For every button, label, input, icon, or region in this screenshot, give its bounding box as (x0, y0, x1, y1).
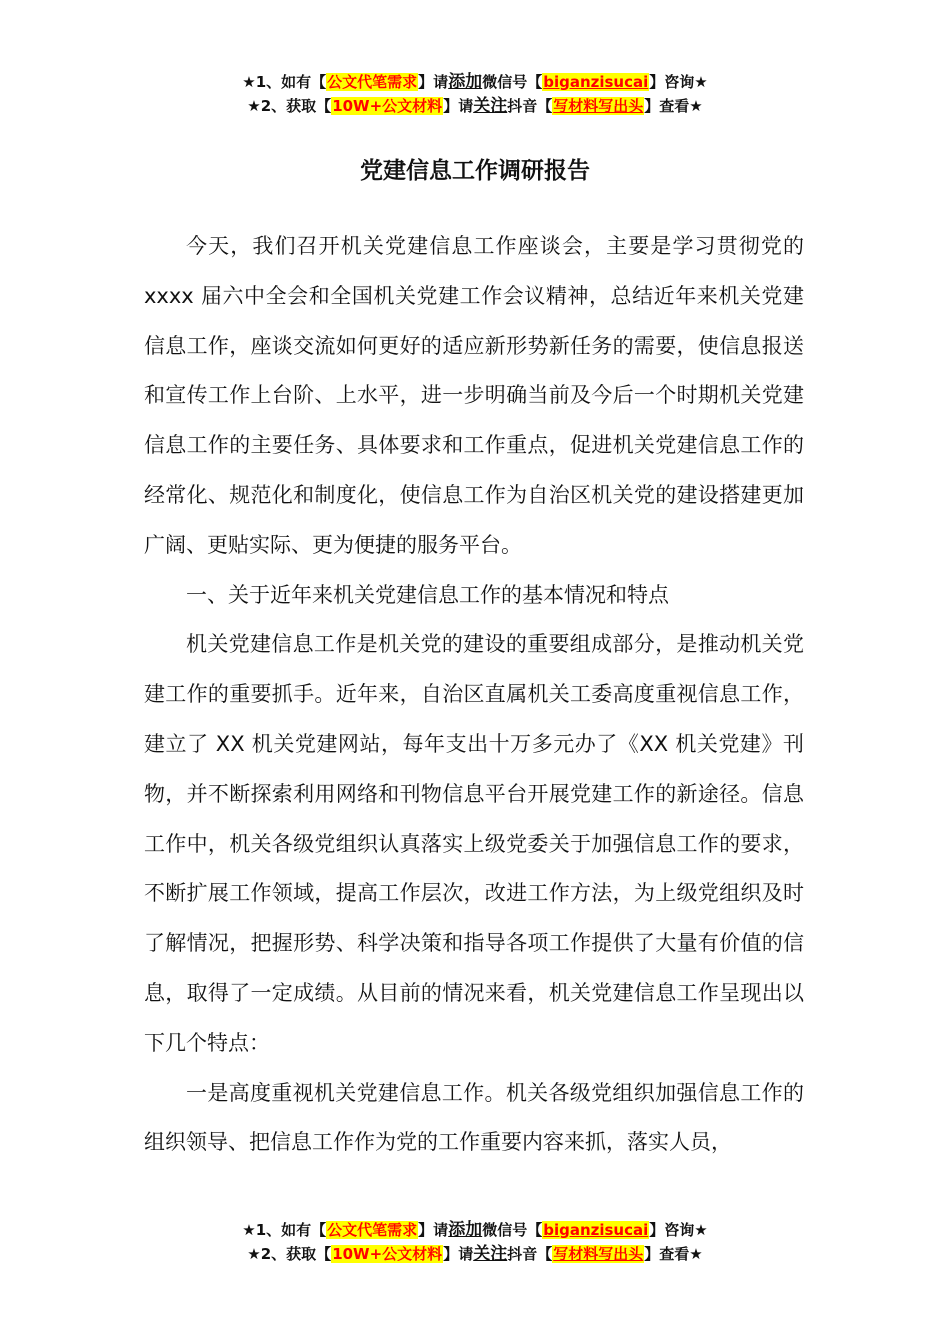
highlight-service: 公文代笔需求 (326, 73, 418, 91)
promo-banner-bottom: ★1、如有【公文代笔需求】请添加微信号【biganzisucai】咨询★ ★2、… (0, 1218, 950, 1266)
promo-line-2: ★2、获取【10W+公文材料】请关注抖音【写材料写出头】查看★ (0, 94, 950, 118)
promo-text: 抖音【 (507, 1245, 552, 1263)
star-icon: ★ (247, 97, 260, 115)
star-icon: ★ (242, 73, 255, 91)
promo-text: 2、获取【 (261, 97, 331, 115)
highlight-service: 公文代笔需求 (326, 1221, 418, 1239)
promo-text: 】请 (418, 1221, 448, 1239)
star-icon: ★ (247, 1245, 260, 1263)
douyin-account: 写材料写出头 (552, 97, 644, 115)
promo-text: 】查看 (644, 97, 689, 115)
promo-text: 】查看 (644, 1245, 689, 1263)
promo-text: 1、如有【 (256, 73, 326, 91)
emphasis-add: 添加 (448, 72, 482, 92)
highlight-materials: 10W+公文材料 (331, 1245, 443, 1263)
wechat-id: biganzisucai (542, 1221, 649, 1239)
star-icon: ★ (242, 1221, 255, 1239)
emphasis-follow: 关注 (473, 1244, 507, 1264)
promo-text: 】咨询 (649, 73, 694, 91)
promo-line-1: ★1、如有【公文代笔需求】请添加微信号【biganzisucai】咨询★ (0, 1218, 950, 1242)
promo-text: 2、获取【 (261, 1245, 331, 1263)
promo-banner-top: ★1、如有【公文代笔需求】请添加微信号【biganzisucai】咨询★ ★2、… (0, 70, 950, 118)
promo-text: 1、如有【 (256, 1221, 326, 1239)
promo-text: 】请 (443, 97, 473, 115)
star-icon: ★ (689, 97, 702, 115)
promo-text: 微信号【 (482, 1221, 542, 1239)
star-icon: ★ (689, 1245, 702, 1263)
promo-text: 抖音【 (507, 97, 552, 115)
promo-text: 】请 (443, 1245, 473, 1263)
promo-line-1: ★1、如有【公文代笔需求】请添加微信号【biganzisucai】咨询★ (0, 70, 950, 94)
star-icon: ★ (694, 73, 707, 91)
emphasis-add: 添加 (448, 1220, 482, 1240)
promo-line-2: ★2、获取【10W+公文材料】请关注抖音【写材料写出头】查看★ (0, 1242, 950, 1266)
highlight-materials: 10W+公文材料 (331, 97, 443, 115)
douyin-account: 写材料写出头 (552, 1245, 644, 1263)
document-body: 今天，我们召开机关党建信息工作座谈会，主要是学习贯彻党的 xxxx 届六中全会和… (144, 222, 804, 1168)
paragraph-intro: 今天，我们召开机关党建信息工作座谈会，主要是学习贯彻党的 xxxx 届六中全会和… (144, 222, 804, 571)
paragraph-feature-1: 一是高度重视机关党建信息工作。机关各级党组织加强信息工作的组织领导、把信息工作作… (144, 1069, 804, 1169)
promo-text: 】请 (418, 73, 448, 91)
promo-text: 】咨询 (649, 1221, 694, 1239)
promo-text: 微信号【 (482, 73, 542, 91)
document-title: 党建信息工作调研报告 (0, 152, 950, 185)
emphasis-follow: 关注 (473, 96, 507, 116)
star-icon: ★ (694, 1221, 707, 1239)
wechat-id: biganzisucai (542, 73, 649, 91)
paragraph-overview: 机关党建信息工作是机关党的建设的重要组成部分，是推动机关党建工作的重要抓手。近年… (144, 620, 804, 1068)
section-heading-1: 一、关于近年来机关党建信息工作的基本情况和特点 (144, 571, 804, 621)
